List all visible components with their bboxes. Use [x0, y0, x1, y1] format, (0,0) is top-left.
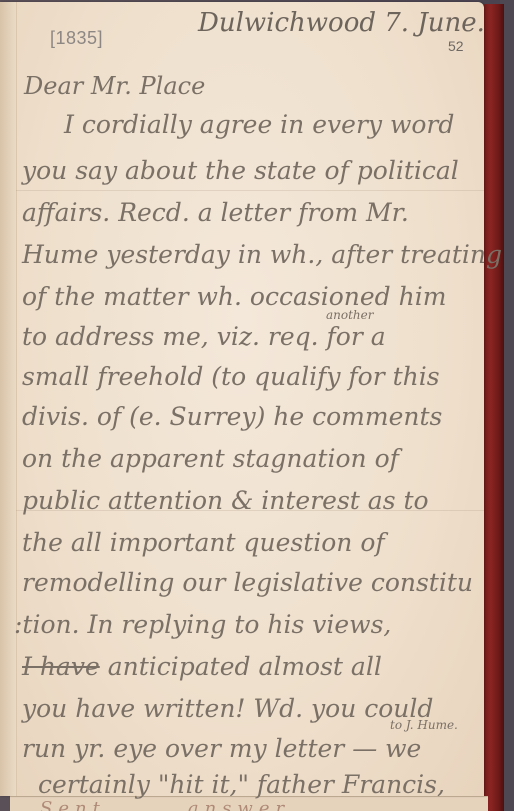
struck-text: I have	[22, 652, 100, 681]
letter-line: small freehold (to qualify for this	[22, 364, 440, 389]
letter-line: the all important question of	[22, 530, 385, 555]
line-text: anticipated almost all	[108, 652, 382, 681]
letter-line: divis. of (e. Surrey) he comments	[22, 404, 442, 429]
letter-line: Hume yesterday in wh., after treating	[22, 242, 502, 267]
letter-line: public attention & interest as to	[22, 488, 429, 513]
fold-line	[16, 190, 484, 191]
letter-line: on the apparent stagnation of	[22, 446, 399, 471]
letter-line: to address me, viz. req. for a	[22, 324, 386, 349]
interlinear-insertion: another	[326, 308, 374, 322]
book-cover-edge	[482, 4, 504, 811]
letter-salutation: Dear Mr. Place	[24, 74, 205, 98]
letter-line: affairs. Recd. a letter from Mr.	[22, 200, 409, 225]
letter-line: :tion. In replying to his views,	[14, 612, 391, 637]
letter-line: remodelling our legislative constitu	[22, 570, 473, 595]
letter-line: certainly "hit it," father Francis,	[38, 772, 445, 797]
archive-date: [1835]	[50, 28, 103, 49]
letter-line: of the matter wh. occasioned him	[22, 284, 446, 309]
interlinear-insertion: to J. Hume.	[390, 718, 458, 732]
letter-dateline: Dulwichwood 7. June.	[198, 10, 485, 36]
letter-line: run yr. eye over my letter — we	[22, 736, 421, 761]
manuscript-photo: Sent . . . answer . . . [1835] 52 Dulwic…	[0, 0, 514, 811]
page-number: 52	[448, 38, 464, 54]
letter-line-with-strike: I have anticipated almost all	[22, 654, 382, 679]
letter-line: I cordially agree in every word	[64, 112, 454, 137]
page-gutter	[0, 2, 17, 796]
letter-page: [1835] 52 Dulwichwood 7. June. Dear Mr. …	[0, 2, 484, 796]
letter-line: you say about the state of political	[22, 158, 459, 183]
letter-line: you have written! Wd. you could	[22, 696, 433, 721]
underlying-page-text: Sent . . . answer . . .	[40, 798, 360, 811]
